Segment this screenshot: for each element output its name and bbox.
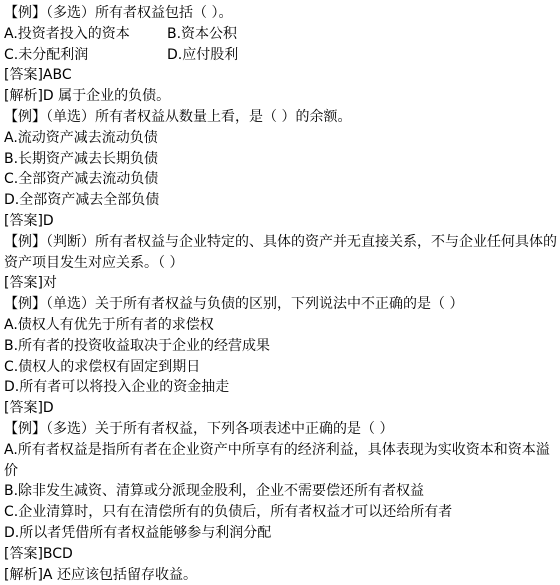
q5-option-c: C.企业清算时，只有在清偿所有的负债后，所有者权益才可以还给所有者 xyxy=(4,502,558,523)
q2-header: 【例】（单选）所有者权益从数量上看，是（ ）的余额。 xyxy=(4,107,558,128)
q3-header: 【例】（判断）所有者权益与企业特定的、具体的资产并无直接关系，不与企业任何具体的… xyxy=(4,232,558,274)
q1-options-row-2: C.未分配利润D.应付股利 xyxy=(4,45,558,66)
q5-option-b: B.除非发生减资、清算或分派现金股利，企业不需要偿还所有者权益 xyxy=(4,481,558,502)
q1-answer: [答案]ABC xyxy=(4,65,558,86)
q1-option-b: B.资本公积 xyxy=(167,26,237,42)
q2-option-a: A.流动资产减去流动负债 xyxy=(4,128,558,149)
q1-header: 【例】（多选）所有者权益包括（ ）。 xyxy=(4,3,558,24)
q1-option-c: C.未分配利润 xyxy=(4,45,167,66)
q5-option-d: D.所以者凭借所有者权益能够参与利润分配 xyxy=(4,523,558,544)
q1-option-a: A.投资者投入的资本 xyxy=(4,24,167,45)
q2-option-b: B.长期资产减去长期负债 xyxy=(4,149,558,170)
q5-answer: [答案]BCD xyxy=(4,544,558,565)
q2-answer: [答案]D xyxy=(4,211,558,232)
q2-option-d: D.全部资产减去全部负债 xyxy=(4,190,558,211)
q1-options-row-1: A.投资者投入的资本B.资本公积 xyxy=(4,24,558,45)
q3-answer: [答案]对 xyxy=(4,273,558,294)
q4-option-c: C.债权人的求偿权有固定到期日 xyxy=(4,357,558,378)
q5-header: 【例】（多选）关于所有者权益，下列各项表述中正确的是（ ） xyxy=(4,419,558,440)
q1-option-d: D.应付股利 xyxy=(167,47,238,63)
q4-option-a: A.债权人有优先于所有者的求偿权 xyxy=(4,315,558,336)
q1-analysis: [解析]D 属于企业的负债。 xyxy=(4,86,558,107)
q4-option-b: B.所有者的投资收益取决于企业的经营成果 xyxy=(4,336,558,357)
q4-answer: [答案]D xyxy=(4,398,558,419)
q4-header: 【例】（单选）关于所有者权益与负债的区别，下列说法中不正确的是（ ） xyxy=(4,294,558,315)
q5-option-a: A.所有者权益是指所有者在企业资产中所享有的经济利益，具体表现为实收资本和资本溢… xyxy=(4,440,558,482)
exam-questions-document: 【例】（多选）所有者权益包括（ ）。 A.投资者投入的资本B.资本公积 C.未分… xyxy=(0,0,560,585)
q5-analysis: [解析]A 还应该包括留存收益。 xyxy=(4,565,558,585)
q2-option-c: C.全部资产减去流动负债 xyxy=(4,169,558,190)
q4-option-d: D.所有者可以将投入企业的资金抽走 xyxy=(4,377,558,398)
